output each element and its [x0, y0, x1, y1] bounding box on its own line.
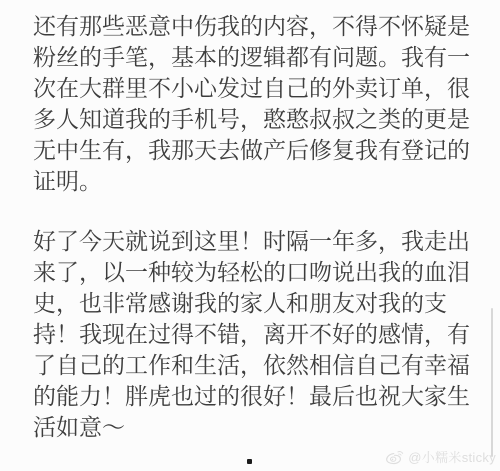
text-line: 证明。 [33, 166, 473, 197]
text-line: 好了今天就说到这里！时隔一年多，我走出 [33, 226, 473, 257]
weibo-watermark: @小糯米sticky [385, 447, 496, 466]
paragraph-2: 好了今天就说到这里！时隔一年多，我走出 来了，以一种较为轻松的口吻说出我的血泪 … [33, 226, 473, 443]
scrollbar-thumb[interactable] [491, 308, 493, 457]
page-indicator-dot [247, 459, 252, 464]
text-line: 无中生有，我那天去做产后修复我有登记的 [33, 135, 473, 166]
text-line: 史，也非常感谢我的家人和朋友对我的支 [33, 288, 473, 319]
paragraph-1: 还有那些恶意中伤我的内容，不得不怀疑是 粉丝的手笔，基本的逻辑都有问题。我有一 … [33, 11, 473, 197]
text-line: 还有那些恶意中伤我的内容，不得不怀疑是 [33, 11, 473, 42]
scrollbar-track [491, 308, 493, 457]
text-line: 持！我现在过得不错，离开不好的感情，有 [33, 319, 473, 350]
text-line: 粉丝的手笔，基本的逻辑都有问题。我有一 [33, 42, 473, 73]
text-line: 次在大群里不小心发过自己的外卖订单，很 [33, 73, 473, 104]
text-line: 来了，以一种较为轻松的口吻说出我的血泪 [33, 257, 473, 288]
text-line: 的能力！胖虎也过的很好！最后也祝大家生 [33, 381, 473, 412]
text-line: 活如意～ [33, 412, 473, 443]
text-line: 了自己的工作和生活，依然相信自己有幸福 [33, 350, 473, 381]
weibo-logo-icon [385, 448, 405, 465]
text-line: 多人知道我的手机号，憨憨叔叔之类的更是 [33, 104, 473, 135]
watermark-username: @小糯米sticky [408, 447, 496, 466]
